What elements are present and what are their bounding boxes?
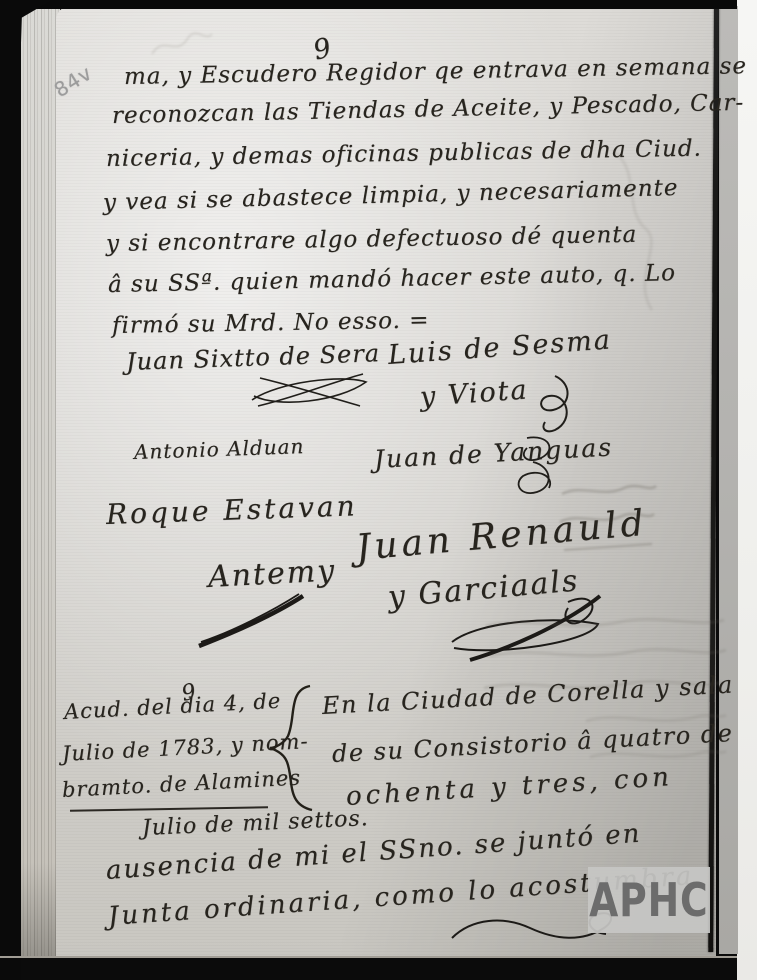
manuscript-line: firmó su Mrd. No esso. = — [112, 307, 430, 339]
photo-border-top — [0, 0, 737, 9]
signature-rubric-flourish — [248, 360, 373, 419]
pencil-scribble — [146, 24, 216, 64]
bleedthrough-smudge — [592, 140, 672, 340]
adjacent-page-edge — [719, 6, 738, 954]
page-stack-edge-left — [20, 6, 60, 958]
signature-antemy: Antemy — [207, 553, 337, 595]
aphc-watermark-text: APHC — [589, 873, 708, 927]
photo-right-margin — [737, 0, 757, 980]
signature-rubric-flourish — [195, 592, 310, 656]
curly-brace — [266, 682, 318, 818]
manuscript-photo: 84v 9 ma, y Escudero Regidor qe entrava … — [0, 0, 757, 980]
book-bottom-edge — [0, 956, 737, 980]
aphc-watermark: APHC — [588, 867, 710, 933]
photo-border-left — [0, 0, 21, 980]
